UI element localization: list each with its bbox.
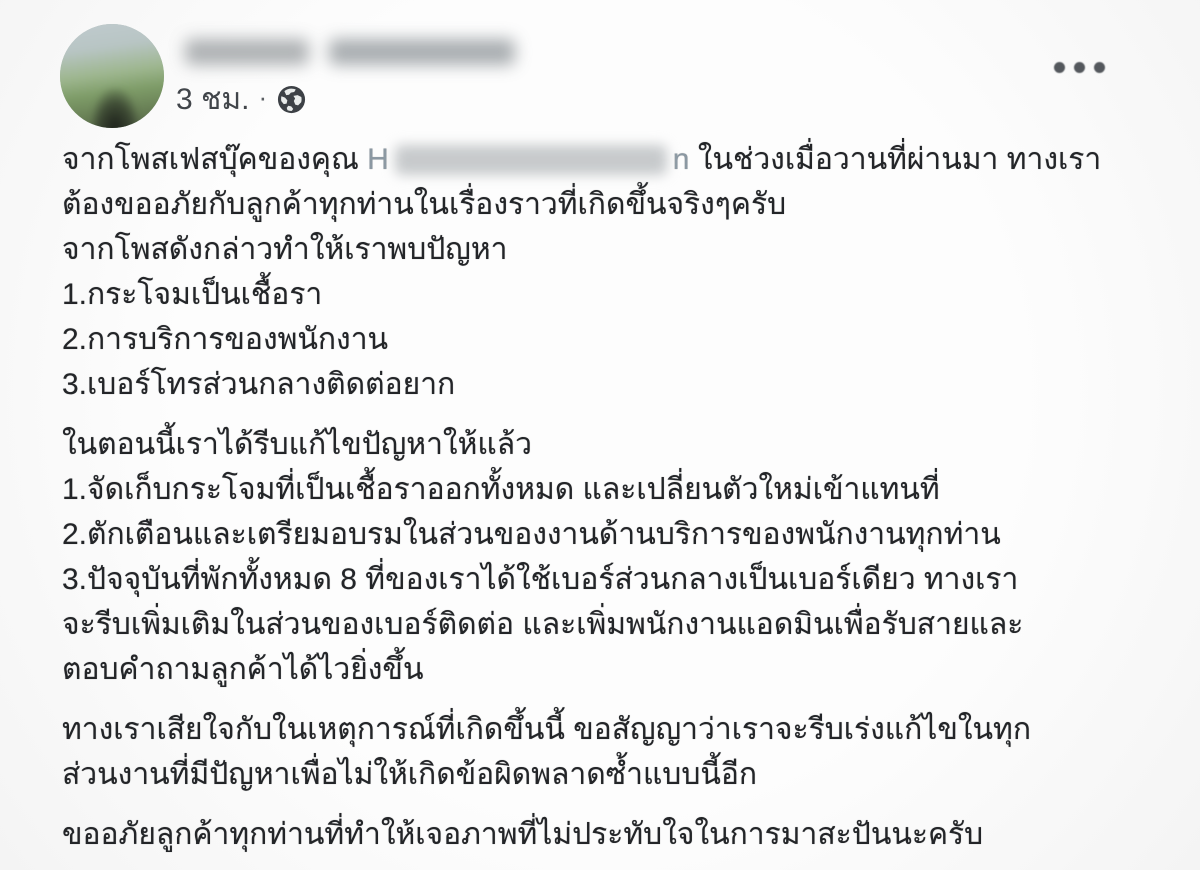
post-text-line: 2.ตักเตือนและเตรียมอบรมในส่วนของงานด้านบ… <box>62 512 1162 557</box>
mention-name-redacted-blur[interactable] <box>395 145 667 175</box>
post-text-line: จะรีบเพิ่มเติมในส่วนของเบอร์ติดต่อ และเพ… <box>62 602 1162 647</box>
paragraph-intro: จากโพสเฟสบุ๊คของคุณ Hn ในช่วงเมื่อวานที่… <box>62 137 1162 407</box>
post-text-line: ขออภัยลูกค้าทุกท่านที่ทำให้เจอภาพที่ไม่ป… <box>62 812 1162 857</box>
avatar-person-silhouette <box>91 88 139 128</box>
post-body: จากโพสเฟสบุ๊คของคุณ Hn ในช่วงเมื่อวานที่… <box>62 137 1162 857</box>
avatar[interactable] <box>60 24 164 128</box>
mention-name-end[interactable]: n <box>673 143 690 176</box>
timestamp[interactable]: 3 ชม. <box>176 76 250 123</box>
ellipsis-dot <box>1074 62 1085 73</box>
paragraph-fixes: ในตอนนี้เราได้รีบแก้ไขปัญหาให้แล้ว 1.จัด… <box>62 422 1162 692</box>
post-options-button[interactable] <box>1054 52 1120 82</box>
redaction-blob <box>185 39 309 65</box>
post-meta: 3 ชม. · <box>176 78 307 120</box>
post-text-line: ทางเราเสียใจกับในเหตุการณ์ที่เกิดขึ้นนี้… <box>62 707 1162 752</box>
paragraph-apology: ขออภัยลูกค้าทุกท่านที่ทำให้เจอภาพที่ไม่ป… <box>62 812 1162 857</box>
globe-icon <box>276 84 307 115</box>
post-text-line: จากโพสเฟสบุ๊คของคุณ Hn ในช่วงเมื่อวานที่… <box>62 137 1162 182</box>
post-text-line: 3.ปัจจุบันที่พักทั้งหมด 8 ที่ของเราได้ใช… <box>62 557 1162 602</box>
post-text-line: ต้องขออภัยกับลูกค้าทุกท่านในเรื่องราวที่… <box>62 182 1162 227</box>
text-segment: จากโพสเฟสบุ๊คของคุณ <box>62 143 367 176</box>
post-text-line: 1.จัดเก็บกระโจมที่เป็นเชื้อราออกทั้งหมด … <box>62 467 1162 512</box>
author-name-redacted[interactable] <box>178 32 522 72</box>
post-text-line: ส่วนงานที่มีปัญหาเพื่อไม่ให้เกิดข้อผิดพล… <box>62 752 1162 797</box>
ellipsis-dot <box>1054 62 1065 73</box>
post-text-line: ในตอนนี้เราได้รีบแก้ไขปัญหาให้แล้ว <box>62 422 1162 467</box>
mention-name-start[interactable]: H <box>367 143 389 176</box>
post-text-line: ตอบคำถามลูกค้าได้ไวยิ่งขึ้น <box>62 647 1162 692</box>
post-header: 3 ชม. · <box>60 24 1140 132</box>
paragraph-promise: ทางเราเสียใจกับในเหตุการณ์ที่เกิดขึ้นนี้… <box>62 707 1162 797</box>
post-text-line: จากโพสดังกล่าวทำให้เราพบปัญหา <box>62 227 1162 272</box>
post-text-line: 2.การบริการของพนักงาน <box>62 317 1162 362</box>
post-text-line: 3.เบอร์โทรส่วนกลางติดต่อยาก <box>62 362 1162 407</box>
post-text-line: 1.กระโจมเป็นเชื้อรา <box>62 272 1162 317</box>
facebook-post: 3 ชม. · จาก <box>0 0 1200 870</box>
ellipsis-dot <box>1094 62 1105 73</box>
text-segment: ในช่วงเมื่อวานที่ผ่านมา ทางเรา <box>689 143 1101 176</box>
meta-separator: · <box>259 82 268 113</box>
redaction-blob <box>329 39 515 65</box>
